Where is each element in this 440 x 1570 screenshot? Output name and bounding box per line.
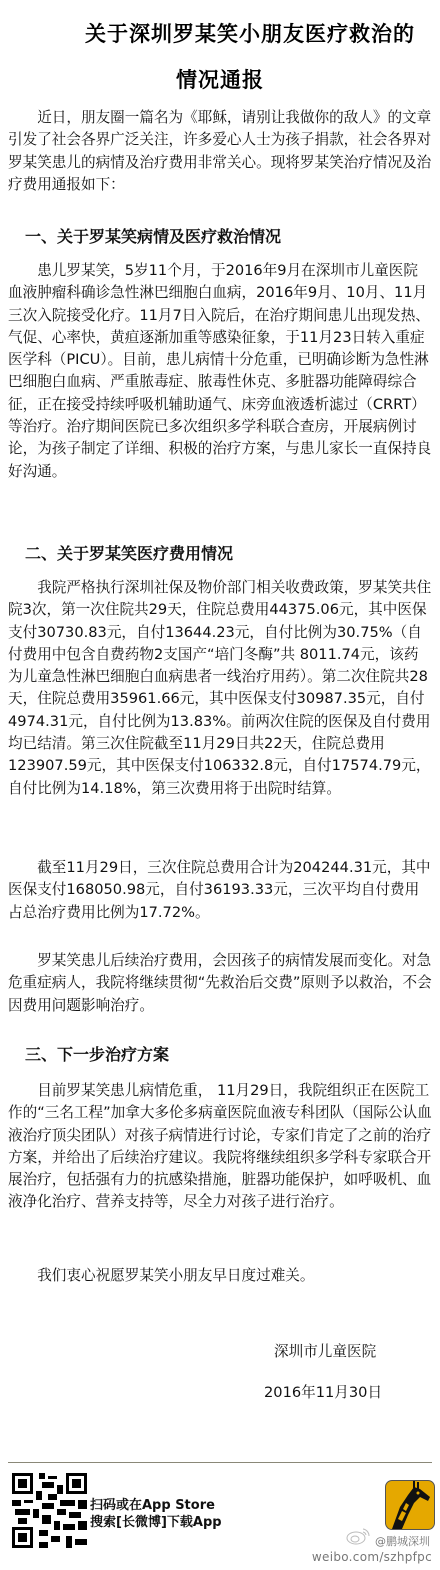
weibo-icon	[345, 1527, 371, 1545]
footer-divider	[8, 1462, 432, 1463]
section-2-paragraph-policy: 罗某笑患儿后续治疗费用，会因孩子的病情发展而变化。对急危重症病人，我院将继续贯彻…	[8, 950, 432, 1017]
qr-code-icon[interactable]	[12, 1473, 87, 1548]
section-1-body: 患儿罗某笑，5岁11个月，于2016年9月在深圳市儿童医院血液肿瘤科确诊急性淋巴…	[8, 260, 432, 483]
document-title-line-1: 关于深圳罗某笑小朋友医疗救治的	[30, 18, 440, 48]
section-3-paragraph-wish: 我们衷心祝愿罗某笑小朋友早日度过难关。	[8, 1265, 432, 1287]
section-2-body-a: 我院严格执行深圳社保及物价部门相关收费政策，罗某笑共住院3次，第一次住院共29天…	[8, 577, 432, 800]
document-title-line-2: 情况通报	[0, 64, 440, 94]
document-date: 2016年11月30日	[264, 1381, 382, 1402]
section-3-body-a: 目前罗某笑患儿病情危重， 11月29日，我院组织正在医院工作的“三名工程”加拿大…	[8, 1080, 432, 1214]
intro-paragraph-block: 近日，朋友圈一篇名为《耶稣，请别让我做你的敌人》的文章引发了社会各界广泛关注，许…	[8, 107, 432, 196]
signature: 深圳市儿童医院	[274, 1340, 376, 1361]
app-promo-text: 扫码或在App Store 搜索[长微博]下载App	[90, 1497, 222, 1531]
section-3-body-b: 我们衷心祝愿罗某笑小朋友早日度过难关。	[8, 1265, 432, 1287]
section-3-paragraph-plan: 目前罗某笑患儿病情危重， 11月29日，我院组织正在医院工作的“三名工程”加拿大…	[8, 1080, 432, 1214]
section-2-body-c: 罗某笑患儿后续治疗费用，会因孩子的病情发展而变化。对急危重症病人，我院将继续贯彻…	[8, 950, 432, 1017]
section-heading-1: 一、关于罗某笑病情及医疗救治情况	[25, 224, 281, 247]
giraffe-icon	[386, 1481, 434, 1529]
intro-paragraph: 近日，朋友圈一篇名为《耶稣，请别让我做你的敌人》的文章引发了社会各界广泛关注，许…	[8, 107, 432, 196]
section-2-paragraph-costs: 我院严格执行深圳社保及物价部门相关收费政策，罗某笑共住院3次，第一次住院共29天…	[8, 577, 432, 800]
section-heading-3: 三、下一步治疗方案	[25, 1042, 169, 1065]
app-logo[interactable]	[385, 1480, 435, 1530]
watermark-handle: @鹏城深圳	[375, 1533, 430, 1549]
app-promo-line-2: 搜索[长微博]下载App	[90, 1514, 222, 1531]
section-2-body-b: 截至11月29日，三次住院总费用合计为204244.31元，其中医保支付1680…	[8, 857, 432, 924]
section-1-paragraph: 患儿罗某笑，5岁11个月，于2016年9月在深圳市儿童医院血液肿瘤科确诊急性淋巴…	[8, 260, 432, 483]
app-promo-line-1: 扫码或在App Store	[90, 1497, 222, 1514]
section-2-paragraph-totals: 截至11月29日，三次住院总费用合计为204244.31元，其中医保支付1680…	[8, 857, 432, 924]
section-heading-2: 二、关于罗某笑医疗费用情况	[25, 541, 233, 564]
watermark-url: weibo.com/szhpfpc	[312, 1550, 432, 1564]
